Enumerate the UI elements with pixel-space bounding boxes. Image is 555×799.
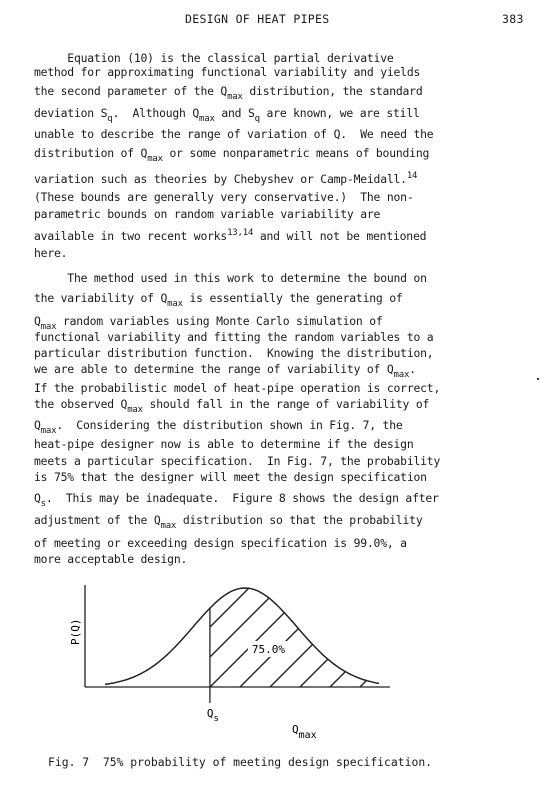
text-line: available in two recent works13,14 and w… [34,229,426,243]
text-line: heat-pipe designer now is able to determ… [34,437,414,451]
text-line: variation such as theories by Chebyshev … [34,172,417,186]
text-line: the second parameter of the Qmax distrib… [34,84,423,98]
figure-caption: Fig. 7 75% probability of meeting design… [48,755,432,769]
text-line: here. [34,246,67,260]
text-line: unable to describe the range of variatio… [34,127,433,141]
text-line: functional variability and fitting the r… [34,330,433,344]
figure-7: P(Q) 75.0% Qs Qmax [60,575,390,745]
text-line: of meeting or exceeding design specifica… [34,536,407,550]
spec-label: Qs [207,707,219,724]
text-line: meets a particular specification. In Fig… [34,454,440,468]
text-line: the observed Qmax should fall in the ran… [34,397,429,411]
text-line: Qmax random variables using Monte Carlo … [34,314,383,328]
x-axis-label: Qmax [292,723,317,741]
text-line: Qs. This may be inadequate. Figure 8 sho… [34,491,439,505]
text-line: (These bounds are generally very conserv… [34,190,414,204]
y-axis-label: P(Q) [69,619,82,646]
text-line: we are able to determine the range of va… [34,362,416,376]
page-number: 383 [502,12,524,26]
text-line: adjustment of the Qmax distribution so t… [34,513,423,527]
text-line: The method used in this work to determin… [34,271,427,285]
scan-speck [537,378,539,380]
text-line: parametric bounds on random variable var… [34,207,380,221]
text-line: method for approximating functional vari… [34,65,420,79]
running-title: DESIGN OF HEAT PIPES [185,12,329,26]
text-line: the variability of Qmax is essentially t… [34,291,403,305]
distribution-curve [105,588,379,684]
text-line: If the probabilistic model of heat-pipe … [34,381,440,395]
text-line: deviation Sq. Although Qmax and Sq are k… [34,106,420,120]
text-line: distribution of Qmax or some nonparametr… [34,146,429,160]
text-line: Qmax. Considering the distribution shown… [34,418,403,432]
shaded-probability-label: 75.0% [252,643,285,656]
text-line: is 75% that the designer will meet the d… [34,470,427,484]
text-line: Equation (10) is the classical partial d… [34,51,394,65]
text-line: more acceptable design. [34,552,187,566]
text-line: particular distribution function. Knowin… [34,346,433,360]
